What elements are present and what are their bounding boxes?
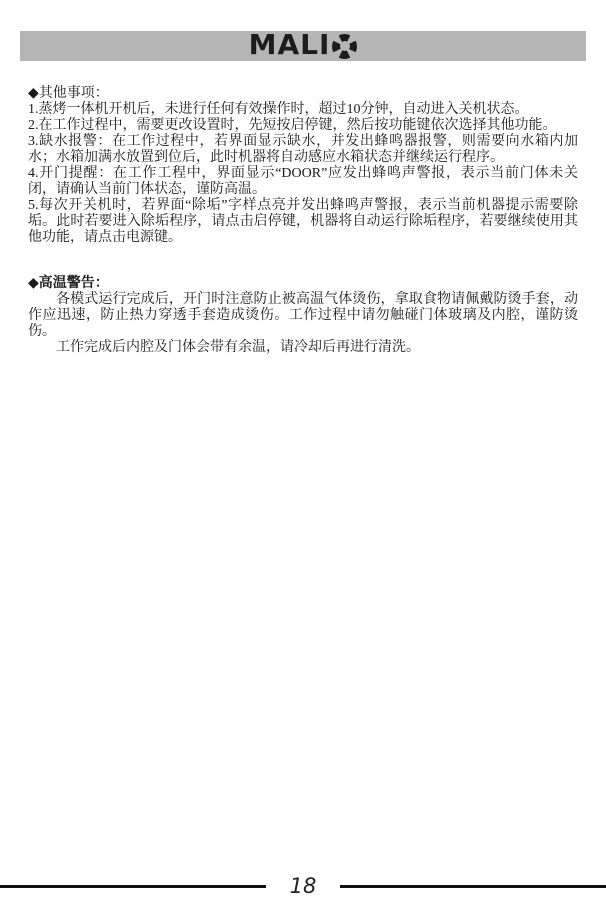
page-number: 18 — [290, 876, 317, 897]
brand-header-bar: MALI — [20, 31, 586, 61]
other-notes-item-4: 4.开门提醒：在工作工程中，界面显示“DOOR”应发出蜂鸣声警报，表示当前门体未… — [28, 166, 578, 198]
footer-rule-left — [0, 885, 266, 888]
high-temp-warning-title: ◆高温警告： — [28, 276, 578, 292]
other-notes-item-3: 3.缺水报警：在工作过程中，若界面显示缺水，并发出蜂鸣器报警，则需要向水箱内加水… — [28, 134, 578, 166]
other-notes-title: ◆其他事项： — [28, 86, 578, 102]
footer-rule-right — [340, 885, 606, 888]
high-temp-warning-section: ◆高温警告： 各模式运行完成后，开门时注意防止被高温气体烫伤，拿取食物请佩戴防烫… — [28, 276, 578, 356]
other-notes-item-2: 2.在工作过程中，需要更改设置时，先短按启停键，然后按功能键依次选择其他功能。 — [28, 118, 578, 134]
other-notes-item-1: 1.蒸烤一体机开机后，未进行任何有效操作时，超过10分钟，自动进入关机状态。 — [28, 102, 578, 118]
manual-content: ◆其他事项： 1.蒸烤一体机开机后，未进行任何有效操作时，超过10分钟，自动进入… — [28, 86, 578, 356]
other-notes-section: ◆其他事项： 1.蒸烤一体机开机后，未进行任何有效操作时，超过10分钟，自动进入… — [28, 86, 578, 246]
segmented-circle-o-icon — [332, 34, 357, 59]
high-temp-warning-paragraph-1: 各模式运行完成后，开门时注意防止被高温气体烫伤，拿取食物请佩戴防烫手套，动作应迅… — [28, 292, 578, 340]
logo-text: MALI — [249, 31, 331, 59]
page-footer: 18 — [0, 872, 606, 900]
other-notes-item-5: 5.每次开关机时，若界面“除垢”字样点亮并发出蜂鸣声警报，表示当前机器提示需要除… — [28, 198, 578, 246]
high-temp-warning-paragraph-2: 工作完成后内腔及门体会带有余温，请冷却后再进行清洗。 — [28, 340, 578, 356]
malio-logo: MALI — [249, 32, 358, 60]
